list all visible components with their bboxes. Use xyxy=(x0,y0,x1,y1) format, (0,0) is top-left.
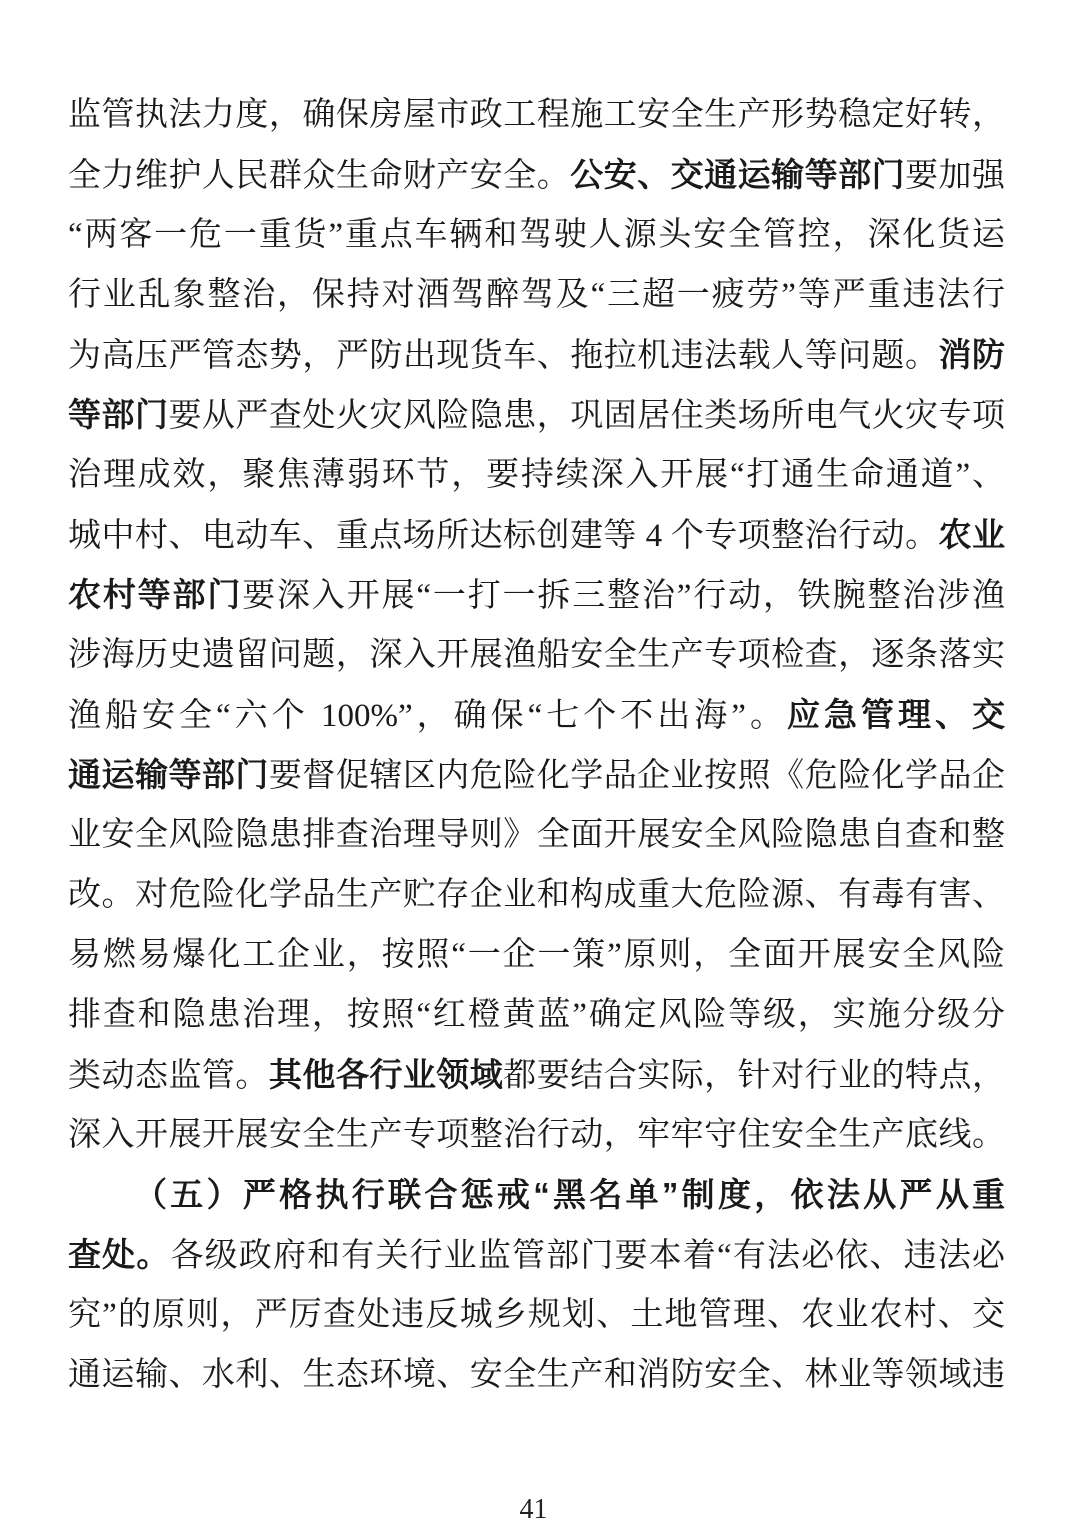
text-run: 城中村、电动车、重点场所达标创建等 4 个专项整治行动。 xyxy=(68,518,939,554)
text-line: 深入开展开展安全生产专项整治行动，牢牢守住安全生产底线。 xyxy=(68,1105,1005,1165)
text-run: 要督促辖区内危险化学品企业按照《危险化学品企 xyxy=(269,758,1005,794)
bold-text-run: （五）严格执行联合惩戒“黑名单”制度，依法从严从重 xyxy=(134,1176,1005,1213)
bold-text-run: 查处。 xyxy=(68,1236,170,1273)
text-run: 渔船安全“六个 100%”，确保“七个不出海”。 xyxy=(68,698,787,734)
text-line: 农村等部门要深入开展“一打一拆三整治”行动，铁腕整治涉渔 xyxy=(68,565,1005,625)
text-run: 类动态监管。 xyxy=(68,1058,269,1094)
text-run: 要加强 xyxy=(905,158,1005,194)
text-run: 业安全风险隐患排查治理导则》全面开展安全风险隐患自查和整 xyxy=(68,817,1005,853)
text-run: 易燃易爆化工企业，按照“一企一策”原则，全面开展安全风险 xyxy=(68,937,1005,973)
bold-text-run: 公安、交通运输等部门 xyxy=(570,156,905,193)
document-body: 监管执法力度，确保房屋市政工程施工安全生产形势稳定好转，全力维护人民群众生命财产… xyxy=(68,85,1005,1405)
text-line: 改。对危险化学品生产贮存企业和构成重大危险源、有毒有害、 xyxy=(68,865,1005,925)
text-line: 渔船安全“六个 100%”，确保“七个不出海”。应急管理、交 xyxy=(68,685,1005,745)
text-run: 行业乱象整治，保持对酒驾醉驾及“三超一疲劳”等严重违法行 xyxy=(68,277,1005,313)
text-run: 排查和隐患治理，按照“红橙黄蓝”确定风险等级，实施分级分 xyxy=(68,997,1005,1033)
text-line: 通运输、水利、生态环境、安全生产和消防安全、林业等领域违 xyxy=(68,1345,1005,1405)
text-run: 究”的原则，严厉查处违反城乡规划、土地管理、农业农村、交 xyxy=(68,1297,1005,1333)
text-line: “两客一危一重货”重点车辆和驾驶人源头安全管控，深化货运 xyxy=(68,205,1005,265)
text-line: 治理成效，聚焦薄弱环节，要持续深入开展“打通生命通道”、 xyxy=(68,445,1005,505)
text-line: 类动态监管。其他各行业领域都要结合实际，针对行业的特点， xyxy=(68,1045,1005,1105)
text-line: 涉海历史遗留问题，深入开展渔船安全生产专项检查，逐条落实 xyxy=(68,625,1005,685)
document-page: 监管执法力度，确保房屋市政工程施工安全生产形势稳定好转，全力维护人民群众生命财产… xyxy=(0,0,1067,1539)
text-run: 全力维护人民群众生命财产安全。 xyxy=(68,158,570,194)
text-line: 排查和隐患治理，按照“红橙黄蓝”确定风险等级，实施分级分 xyxy=(68,985,1005,1045)
text-line: 全力维护人民群众生命财产安全。公安、交通运输等部门要加强 xyxy=(68,145,1005,205)
text-run: “两客一危一重货”重点车辆和驾驶人源头安全管控，深化货运 xyxy=(68,217,1005,253)
bold-text-run: 等部门 xyxy=(68,396,168,433)
bold-text-run: 通运输等部门 xyxy=(68,756,269,793)
text-line: （五）严格执行联合惩戒“黑名单”制度，依法从严从重 xyxy=(68,1165,1005,1225)
text-line: 业安全风险隐患排查治理导则》全面开展安全风险隐患自查和整 xyxy=(68,805,1005,865)
text-run: 深入开展开展安全生产专项整治行动，牢牢守住安全生产底线。 xyxy=(68,1117,1005,1153)
bold-text-run: 消防 xyxy=(939,336,1005,373)
text-run: 通运输、水利、生态环境、安全生产和消防安全、林业等领域违 xyxy=(68,1357,1005,1393)
text-line: 等部门要从严查处火灾风险隐患，巩固居住类场所电气火灾专项 xyxy=(68,385,1005,445)
text-line: 行业乱象整治，保持对酒驾醉驾及“三超一疲劳”等严重违法行 xyxy=(68,265,1005,325)
text-line: 究”的原则，严厉查处违反城乡规划、土地管理、农业农村、交 xyxy=(68,1285,1005,1345)
page-number: 41 xyxy=(0,1494,1067,1526)
bold-text-run: 其他各行业领域 xyxy=(269,1056,503,1093)
text-run: 要深入开展“一打一拆三整治”行动，铁腕整治涉渔 xyxy=(242,578,1005,614)
bold-text-run: 农村等部门 xyxy=(68,576,242,613)
text-run: 治理成效，聚焦薄弱环节，要持续深入开展“打通生命通道”、 xyxy=(68,457,1005,493)
text-line: 易燃易爆化工企业，按照“一企一策”原则，全面开展安全风险 xyxy=(68,925,1005,985)
text-run: 为高压严管态势，严防出现货车、拖拉机违法载人等问题。 xyxy=(68,338,939,374)
text-run: 各级政府和有关行业监管部门要本着“有法必依、违法必 xyxy=(170,1238,1005,1274)
text-line: 监管执法力度，确保房屋市政工程施工安全生产形势稳定好转， xyxy=(68,85,1005,145)
text-run: 监管执法力度，确保房屋市政工程施工安全生产形势稳定好转， xyxy=(68,97,1005,133)
text-line: 通运输等部门要督促辖区内危险化学品企业按照《危险化学品企 xyxy=(68,745,1005,805)
bold-text-run: 应急管理、交 xyxy=(787,696,1005,733)
text-line: 为高压严管态势，严防出现货车、拖拉机违法载人等问题。消防 xyxy=(68,325,1005,385)
text-line: 城中村、电动车、重点场所达标创建等 4 个专项整治行动。农业 xyxy=(68,505,1005,565)
text-run: 改。对危险化学品生产贮存企业和构成重大危险源、有毒有害、 xyxy=(68,877,1005,913)
bold-text-run: 农业 xyxy=(939,516,1005,553)
text-run: 都要结合实际，针对行业的特点， xyxy=(503,1058,1005,1094)
text-run: 要从严查处火灾风险隐患，巩固居住类场所电气火灾专项 xyxy=(168,398,1005,434)
text-line: 查处。各级政府和有关行业监管部门要本着“有法必依、违法必 xyxy=(68,1225,1005,1285)
text-run: 涉海历史遗留问题，深入开展渔船安全生产专项检查，逐条落实 xyxy=(68,637,1005,673)
